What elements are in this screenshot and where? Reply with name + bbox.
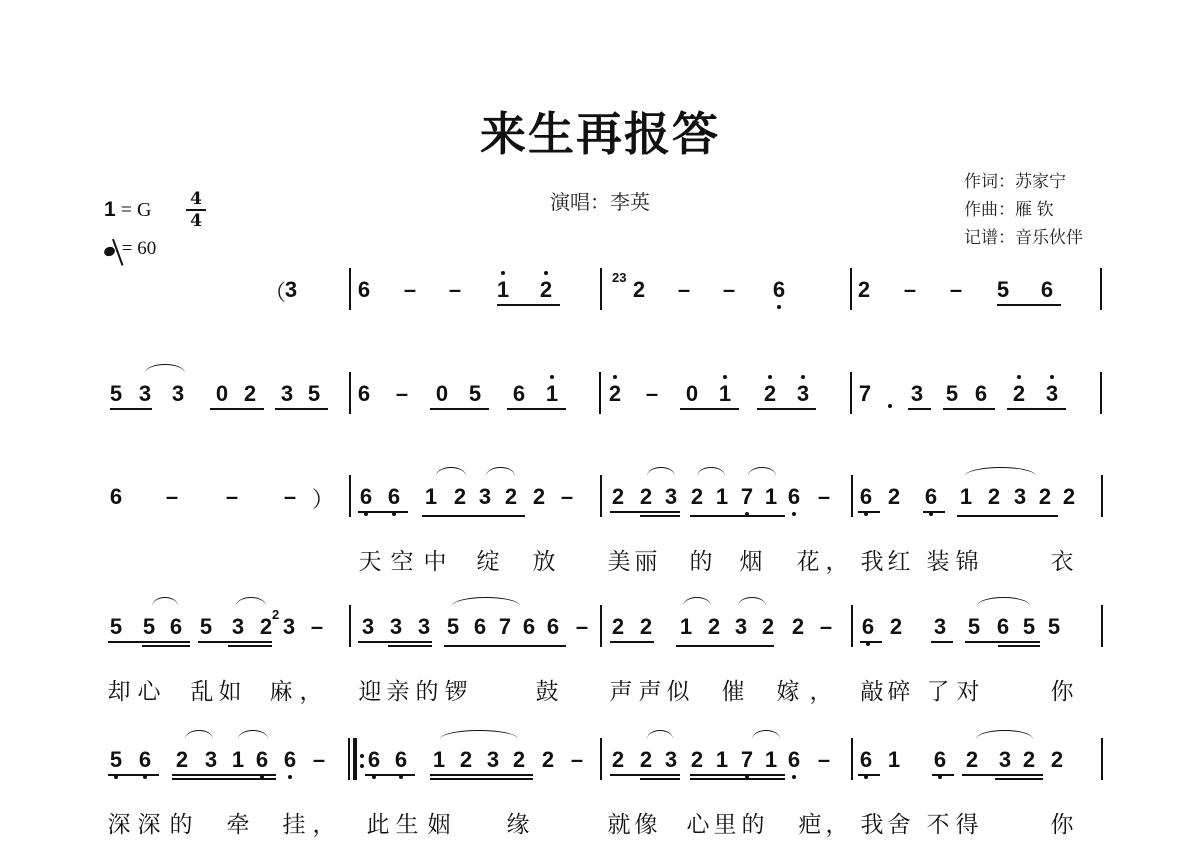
- octave-down-dot: [777, 305, 781, 309]
- note: 2: [172, 747, 192, 773]
- note: 1: [712, 747, 732, 773]
- note: 6: [391, 747, 411, 773]
- note: –: [642, 381, 662, 407]
- note: 6: [971, 381, 991, 407]
- beam-underline: [358, 641, 432, 643]
- beam-underline: [680, 408, 739, 410]
- note: 2: [608, 484, 628, 510]
- slur-arc: [647, 467, 675, 476]
- lyric-char: 锦: [952, 543, 982, 576]
- lyric-char: 烟: [736, 543, 766, 576]
- slur-arc: [697, 467, 725, 476]
- note: 0: [682, 381, 702, 407]
- lyric-char: 对: [953, 673, 983, 706]
- note: 2: [636, 484, 656, 510]
- note: 2: [501, 484, 521, 510]
- lyric-char: 不: [923, 806, 953, 839]
- note: 6: [930, 747, 950, 773]
- lyric-char: 就: [604, 806, 634, 839]
- note: 6: [543, 614, 563, 640]
- lyric-char: 的: [738, 806, 768, 839]
- octave-down-dot: [288, 775, 292, 779]
- barline: [1101, 605, 1103, 647]
- barline: [1101, 738, 1103, 780]
- lyric-char: ，: [806, 673, 836, 706]
- note: 3: [358, 614, 378, 640]
- octave-up-dot: [1017, 375, 1021, 379]
- note: 2: [984, 484, 1004, 510]
- note: 6: [993, 614, 1013, 640]
- note: 6: [784, 747, 804, 773]
- note: 3: [661, 747, 681, 773]
- slur-arc: [738, 597, 766, 606]
- note: 1: [712, 484, 732, 510]
- lyric-char: 我: [857, 543, 887, 576]
- beam-underline: [943, 408, 995, 410]
- note: 5: [1044, 614, 1064, 640]
- lyric-char: 天: [355, 543, 385, 576]
- parenthesis: ）: [312, 483, 334, 514]
- note: 5: [139, 614, 159, 640]
- lyric-char: 碎: [884, 673, 914, 706]
- note: 6: [356, 484, 376, 510]
- time-sig-top: 4: [186, 190, 206, 208]
- beam-underline: [957, 515, 1058, 517]
- repeat-barline-thick: [353, 738, 357, 780]
- lyric-char: 的: [686, 543, 716, 576]
- key-name: = G: [116, 199, 152, 221]
- note: –: [816, 614, 836, 640]
- barline: [1100, 372, 1102, 414]
- beam-underline: [923, 511, 945, 513]
- lyric-char: 红: [884, 543, 914, 576]
- beam-underline: [995, 778, 1043, 780]
- note: –: [445, 277, 465, 303]
- note: 2: [629, 277, 649, 303]
- lyric-char: 的: [412, 673, 442, 706]
- octave-up-dot: [801, 375, 805, 379]
- lyric-char: 绽: [473, 543, 503, 576]
- time-sig-bottom: 4: [186, 212, 206, 230]
- barline: [349, 605, 351, 647]
- note: –: [674, 277, 694, 303]
- repeat-dot: [360, 764, 364, 768]
- beam-underline: [858, 511, 880, 513]
- note: 3: [1010, 484, 1030, 510]
- slur-arc: [748, 467, 776, 476]
- octave-up-dot: [501, 271, 505, 275]
- note: –: [309, 747, 329, 773]
- lyric-char: 你: [1047, 673, 1077, 706]
- beam-underline: [388, 645, 432, 647]
- beam-underline: [757, 408, 816, 410]
- note: 6: [519, 614, 539, 640]
- lyric-char: 挂: [279, 806, 309, 839]
- note: 3: [793, 381, 813, 407]
- repeat-barline-thin: [348, 738, 350, 780]
- note: –: [814, 484, 834, 510]
- note: 6: [856, 747, 876, 773]
- lyric-char: 亲: [383, 673, 413, 706]
- note: 5: [106, 381, 126, 407]
- lyric-char: 敲: [857, 673, 887, 706]
- slur-arc: [977, 597, 1030, 606]
- beam-underline: [908, 408, 931, 410]
- beam-underline: [142, 645, 190, 647]
- note: 1: [676, 614, 696, 640]
- note: 5: [304, 381, 324, 407]
- barline: [600, 605, 602, 647]
- lyric-char: 空: [387, 543, 417, 576]
- beam-underline: [610, 641, 654, 643]
- note: 2: [788, 614, 808, 640]
- slur-arc: [145, 364, 185, 373]
- barline: [349, 268, 351, 310]
- beam-underline: [172, 778, 276, 780]
- lyric-char: 深: [104, 806, 134, 839]
- lyric-char: 疤: [795, 806, 825, 839]
- note: –: [162, 484, 182, 510]
- octave-down-dot: [792, 512, 796, 516]
- composer-credit: 作曲：雁 钦: [964, 196, 1083, 224]
- note: –: [814, 747, 834, 773]
- lyric-char: 乱: [187, 673, 217, 706]
- credits-block: 作词：苏家宁 作曲：雁 钦 记谱：音乐伙伴: [964, 168, 1083, 252]
- lyric-char: 迎: [355, 673, 385, 706]
- note: 3: [228, 614, 248, 640]
- note: 1: [715, 381, 735, 407]
- note: 5: [443, 614, 463, 640]
- barline: [1100, 268, 1102, 310]
- note: 2: [962, 747, 982, 773]
- note: 2: [240, 381, 260, 407]
- barline: [850, 268, 852, 310]
- note: 1: [884, 747, 904, 773]
- note: 6: [166, 614, 186, 640]
- note: –: [392, 381, 412, 407]
- barline: [600, 475, 602, 517]
- note: 2: [456, 747, 476, 773]
- lyric-char: 我: [857, 806, 887, 839]
- note: 3: [475, 484, 495, 510]
- beam-underline: [358, 511, 408, 513]
- note: 2: [854, 277, 874, 303]
- beam-underline: [430, 778, 533, 780]
- slur-arc: [238, 730, 268, 739]
- note: 2: [608, 747, 628, 773]
- note: 7: [737, 747, 757, 773]
- quarter-note-icon: [103, 245, 116, 257]
- grace-note: 2: [272, 607, 279, 622]
- octave-up-dot: [613, 375, 617, 379]
- slur-arc: [647, 730, 673, 739]
- note: 0: [432, 381, 452, 407]
- note: 5: [196, 614, 216, 640]
- barline: [600, 268, 602, 310]
- note: 6: [354, 277, 374, 303]
- barline: [1101, 475, 1103, 517]
- note: 1: [542, 381, 562, 407]
- lyric-char: 得: [952, 806, 982, 839]
- key-degree: 1: [104, 198, 116, 221]
- lyric-char: 却: [104, 673, 134, 706]
- tempo-value: = 60: [122, 238, 156, 259]
- key-signature: 1 = G: [104, 198, 151, 222]
- note: 6: [921, 484, 941, 510]
- beam-underline: [962, 774, 1043, 776]
- note: 6: [509, 381, 529, 407]
- slur-arc: [152, 597, 178, 606]
- lyric-char: 心: [134, 673, 164, 706]
- lyric-char: 放: [529, 543, 559, 576]
- note: 1: [493, 277, 513, 303]
- note: 2: [636, 614, 656, 640]
- note: 3: [483, 747, 503, 773]
- note: 2: [758, 614, 778, 640]
- slur-arc: [185, 730, 213, 739]
- beam-underline: [860, 641, 882, 643]
- note: 6: [1037, 277, 1057, 303]
- note: 5: [1019, 614, 1039, 640]
- note: 6: [135, 747, 155, 773]
- beam-underline: [998, 645, 1040, 647]
- note: 2: [1059, 484, 1079, 510]
- note: –: [222, 484, 242, 510]
- lyric-char: 麻: [266, 673, 296, 706]
- lyric-char: 中: [420, 543, 450, 576]
- note: 3: [279, 614, 299, 640]
- lyric-char: 的: [166, 806, 196, 839]
- beam-underline: [228, 645, 272, 647]
- lyric-char: ，: [822, 543, 852, 576]
- lyric-char: 美: [604, 543, 634, 576]
- note: 6: [106, 484, 126, 510]
- note: 1: [228, 747, 248, 773]
- note: 6: [769, 277, 789, 303]
- slur-arc: [236, 597, 266, 606]
- beam-underline: [690, 774, 785, 776]
- lyric-char: 装: [923, 543, 953, 576]
- barline: [349, 475, 351, 517]
- note: 5: [993, 277, 1013, 303]
- lyric-char: 似: [663, 673, 693, 706]
- lyric-char: 里: [710, 806, 740, 839]
- note: 2: [529, 484, 549, 510]
- lyricist-credit: 作词：苏家宁: [964, 168, 1083, 196]
- transcriber-credit: 记谱：音乐伙伴: [964, 224, 1083, 252]
- lyric-char: 声: [606, 673, 636, 706]
- note: 3: [386, 614, 406, 640]
- note: –: [719, 277, 739, 303]
- octave-up-dot: [544, 271, 548, 275]
- note: –: [572, 614, 592, 640]
- note: 2: [1035, 484, 1055, 510]
- slur-arc: [440, 730, 518, 739]
- slur-arc: [976, 730, 1033, 739]
- note: –: [557, 484, 577, 510]
- barline: [850, 372, 852, 414]
- beam-underline: [108, 774, 159, 776]
- note: 7: [855, 381, 875, 407]
- note: 3: [1042, 381, 1062, 407]
- slur-arc: [436, 467, 466, 476]
- note: –: [946, 277, 966, 303]
- lyric-char: 嫁: [773, 673, 803, 706]
- note: 2: [1047, 747, 1067, 773]
- note: 2: [760, 381, 780, 407]
- lyric-char: 花: [793, 543, 823, 576]
- grace-note: 23: [612, 270, 626, 285]
- note: 6: [252, 747, 272, 773]
- note: –: [900, 277, 920, 303]
- note: 6: [364, 747, 384, 773]
- beam-underline: [110, 408, 152, 410]
- note: 2: [450, 484, 470, 510]
- note: 5: [106, 747, 126, 773]
- beam-underline: [640, 515, 680, 517]
- note: 6: [858, 614, 878, 640]
- slur-arc: [683, 597, 711, 606]
- beam-underline: [690, 515, 785, 517]
- note: 1: [761, 747, 781, 773]
- beam-underline: [430, 408, 489, 410]
- note: 5: [106, 614, 126, 640]
- note: 3: [661, 484, 681, 510]
- lyric-char: 生: [392, 806, 422, 839]
- note: 3: [168, 381, 188, 407]
- note: 3: [995, 747, 1015, 773]
- note: 2: [605, 381, 625, 407]
- lyric-char: 催: [718, 673, 748, 706]
- note: 6: [354, 381, 374, 407]
- barline: [349, 372, 351, 414]
- barline: [851, 738, 853, 780]
- octave-up-dot: [723, 375, 727, 379]
- note: 2: [636, 747, 656, 773]
- octave-down-dot: [792, 775, 796, 779]
- beam-underline: [965, 641, 1040, 643]
- note: 3: [930, 614, 950, 640]
- note: 2: [538, 747, 558, 773]
- note: 2: [704, 614, 724, 640]
- note: –: [567, 747, 587, 773]
- lyric-char: ，: [296, 673, 326, 706]
- note: –: [280, 484, 300, 510]
- note: 5: [964, 614, 984, 640]
- slur-arc: [752, 730, 780, 739]
- beam-underline: [610, 774, 680, 776]
- beam-underline: [640, 778, 680, 780]
- lyric-char: 如: [215, 673, 245, 706]
- note: 2: [687, 484, 707, 510]
- beam-underline: [365, 774, 415, 776]
- note: 3: [414, 614, 434, 640]
- beam-underline: [210, 408, 264, 410]
- beam-underline: [275, 408, 328, 410]
- slur-arc: [452, 597, 520, 606]
- note: 1: [956, 484, 976, 510]
- barline: [599, 372, 601, 414]
- lyric-char: 像: [631, 806, 661, 839]
- lyric-char: 姻: [424, 806, 454, 839]
- augmentation-dot: [888, 404, 892, 408]
- lyric-char: 锣: [441, 673, 471, 706]
- octave-up-dot: [550, 375, 554, 379]
- beam-underline: [507, 408, 566, 410]
- lyric-char: 衣: [1047, 543, 1077, 576]
- note: 6: [856, 484, 876, 510]
- note: 6: [784, 484, 804, 510]
- slur-arc: [486, 467, 515, 476]
- beam-underline: [172, 774, 276, 776]
- note: 2: [884, 484, 904, 510]
- song-title: 来生再报答: [0, 98, 1200, 164]
- beam-underline: [497, 304, 560, 306]
- note: 2: [509, 747, 529, 773]
- note: 2: [608, 614, 628, 640]
- beam-underline: [444, 645, 566, 647]
- note: 6: [280, 747, 300, 773]
- lyric-char: 声: [635, 673, 665, 706]
- note: 3: [907, 381, 927, 407]
- parenthesis: （: [264, 276, 286, 307]
- beam-underline: [858, 774, 880, 776]
- beam-underline: [932, 774, 954, 776]
- lyric-char: 舍: [884, 806, 914, 839]
- lyric-char: 了: [923, 673, 953, 706]
- lyric-char: 牵: [223, 806, 253, 839]
- note: 2: [687, 747, 707, 773]
- slur-arc: [965, 467, 1036, 476]
- note: 3: [135, 381, 155, 407]
- lyric-char: 你: [1047, 806, 1077, 839]
- note: 3: [731, 614, 751, 640]
- beam-underline: [430, 774, 533, 776]
- beam-underline: [931, 641, 953, 643]
- note: 6: [470, 614, 490, 640]
- note: 0: [212, 381, 232, 407]
- barline: [851, 475, 853, 517]
- beam-underline: [997, 304, 1061, 306]
- note: 7: [495, 614, 515, 640]
- note: –: [400, 277, 420, 303]
- note: 5: [942, 381, 962, 407]
- repeat-dot: [360, 754, 364, 758]
- note: 1: [421, 484, 441, 510]
- note: 3: [201, 747, 221, 773]
- octave-up-dot: [768, 375, 772, 379]
- note: 2: [536, 277, 556, 303]
- time-signature: 4 4: [186, 190, 206, 230]
- note: 2: [1009, 381, 1029, 407]
- beam-underline: [676, 645, 774, 647]
- lyric-char: 心: [683, 806, 713, 839]
- octave-up-dot: [1050, 375, 1054, 379]
- lyric-char: 深: [134, 806, 164, 839]
- tempo-marking: = 60: [104, 238, 156, 260]
- lyric-char: 丽: [631, 543, 661, 576]
- barline: [600, 738, 602, 780]
- note: 6: [384, 484, 404, 510]
- beam-underline: [1007, 408, 1066, 410]
- lyric-char: 缘: [503, 806, 533, 839]
- note: 2: [1019, 747, 1039, 773]
- lyric-char: 鼓: [532, 673, 562, 706]
- barline: [851, 605, 853, 647]
- beam-underline: [198, 641, 272, 643]
- note: 7: [737, 484, 757, 510]
- lyric-char: ，: [822, 806, 852, 839]
